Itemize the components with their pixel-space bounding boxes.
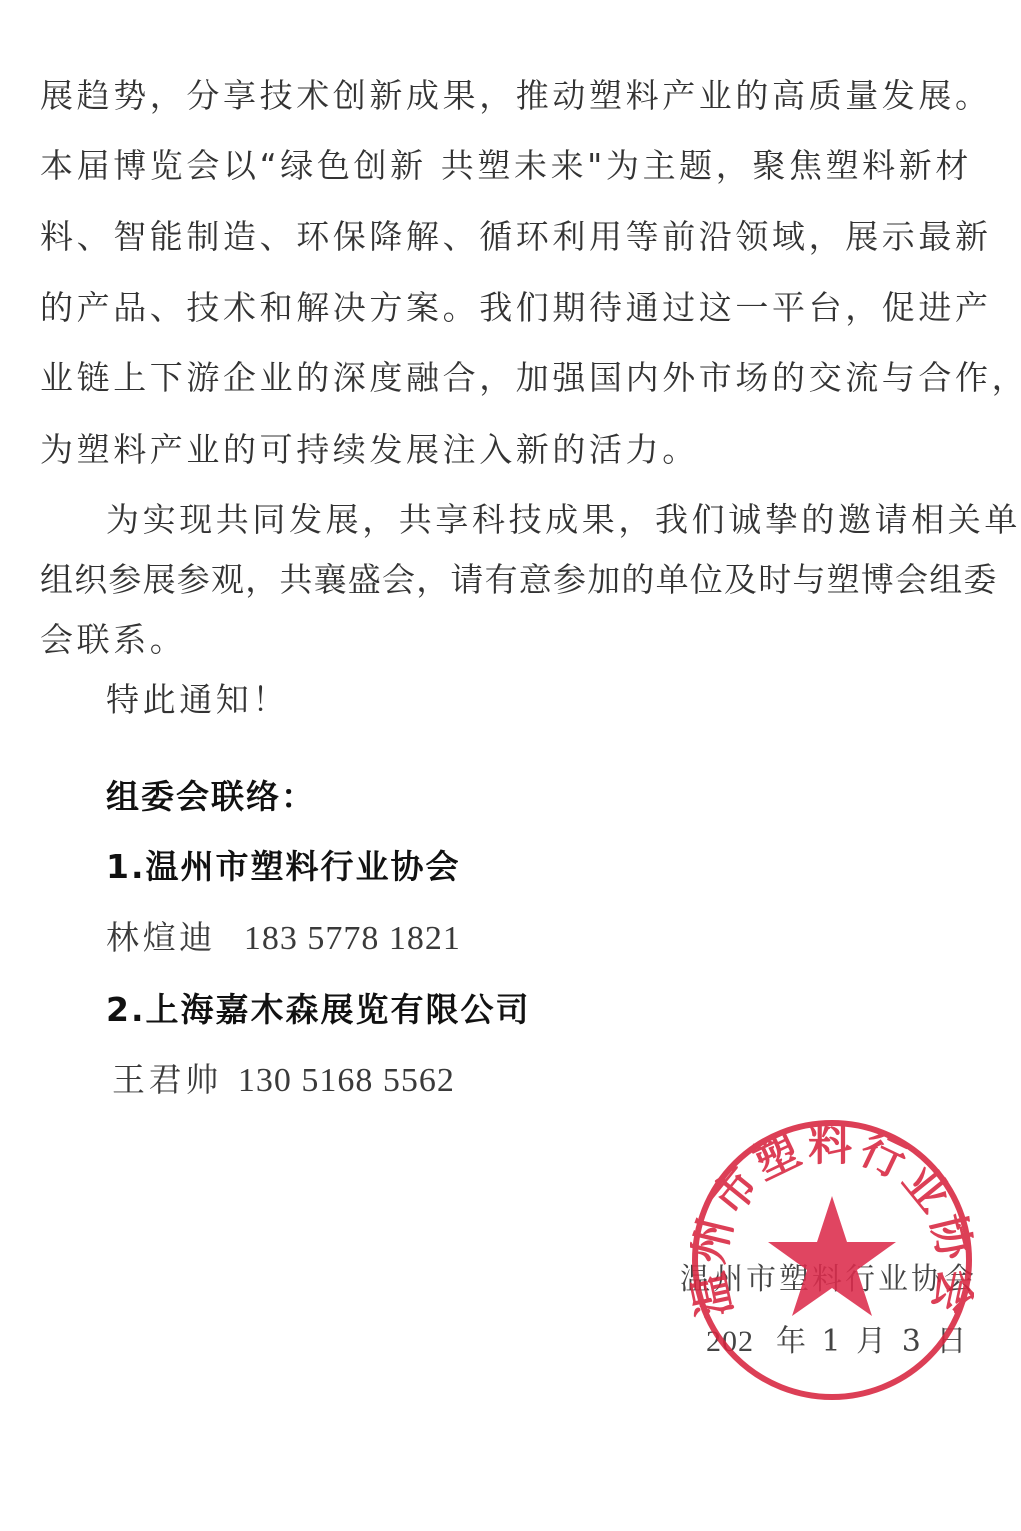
paragraph-1-line-5: 业链上下游企业的深度融合，加强国内外市场的交流与合作， — [40, 358, 1021, 398]
signature-date: 202年 1 月 3 日 — [706, 1316, 969, 1360]
signature-org: 温州市塑料行业协会 — [680, 1254, 977, 1298]
closing-text: 特此通知！ — [106, 680, 289, 720]
signature-date-rest: 年 1 月 3 日 — [776, 1324, 969, 1359]
paragraph-2-line-1: 为实现共同发展，共享科技成果，我们诚挚的邀请相关单位 — [106, 500, 1021, 540]
paragraph-1-line-3: 料、智能制造、环保降解、循环利用等前沿领域，展示最新 — [40, 217, 992, 257]
contact-org-1: 1.温州市塑料行业协会 — [106, 847, 461, 887]
paragraph-2-line-3: 会联系。 — [40, 620, 186, 660]
paragraph-2-line-2: 组织参展参观，共襄盛会，请有意参加的单位及时与塑博会组委 — [40, 560, 998, 600]
contacts-heading: 组委会联络： — [106, 777, 316, 817]
paragraph-1-line-2: 本届博览会以“绿色创新 共塑未来"为主题，聚焦塑料新材 — [40, 146, 972, 186]
contact-person-2-phone: 130 5168 5562 — [238, 1062, 455, 1099]
contact-org-2: 2.上海嘉木森展览有限公司 — [106, 990, 531, 1030]
signature-date-year: 202 — [706, 1325, 754, 1358]
contact-person-1-name: 林煊迪 — [106, 918, 216, 957]
contact-person-1: 林煊迪 183 5778 1821 — [106, 918, 461, 959]
paragraph-1-line-4: 的产品、技术和解决方案。我们期待通过这一平台，促进产 — [40, 288, 992, 328]
contact-person-2: 王君帅 130 5168 5562 — [112, 1060, 455, 1101]
paragraph-1-line-6: 为塑料产业的可持续发展注入新的活力。 — [40, 430, 699, 470]
paragraph-1-line-1: 展趋势，分享技术创新成果，推动塑料产业的高质量发展。 — [40, 76, 992, 116]
contact-person-1-phone: 183 5778 1821 — [244, 920, 461, 957]
contact-person-2-name: 王君帅 — [112, 1060, 222, 1099]
